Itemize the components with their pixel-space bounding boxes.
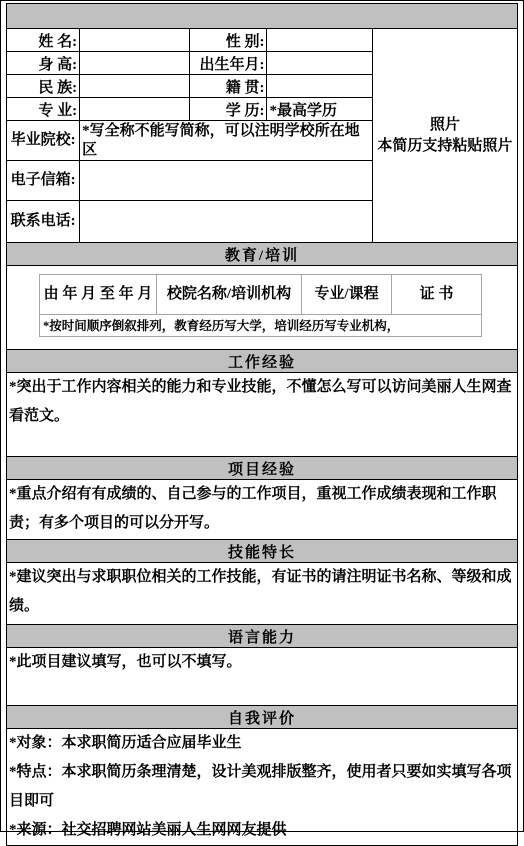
height-field[interactable] xyxy=(80,52,190,75)
native-place-label: 籍 贯: xyxy=(190,75,267,98)
edu-col-institution: 校院名称/培训机构 xyxy=(157,275,302,315)
gender-label: 性 别: xyxy=(190,29,267,52)
native-place-field[interactable] xyxy=(267,75,372,98)
resume-page: { "colors": { "section_bar_bg": "#c0c0c0… xyxy=(0,0,524,832)
info-row-name-gender: 姓 名: 性 别: 照片 本简历支持粘贴照片 xyxy=(7,29,518,52)
self-eval-target-line: *对象：本求职简历适合应届毕业生 xyxy=(9,729,515,758)
major-field[interactable] xyxy=(80,98,190,121)
degree-label: 学 历: xyxy=(190,98,267,121)
edu-col-period: 由 年 月 至 年 月 xyxy=(40,275,157,315)
ethnicity-label: 民 族: xyxy=(7,75,80,98)
school-field[interactable]: *写全称不能写简称，可以注明学校所在地区 xyxy=(80,121,373,161)
phone-field[interactable] xyxy=(80,201,373,243)
self-eval-source-line: *来源：社交招聘网站美丽人生网网友提供 xyxy=(9,816,515,845)
name-label: 姓 名: xyxy=(7,29,80,52)
photo-hint: 本简历支持粘贴照片 xyxy=(377,138,512,154)
birthdate-field[interactable] xyxy=(267,52,372,75)
self-eval-feature-line: *特点：本求职简历条理清楚，设计美观排版整齐，使用者只要如实填写各项目即可 xyxy=(9,758,515,816)
photo-placeholder[interactable]: 照片 本简历支持粘贴照片 xyxy=(372,29,517,243)
edu-col-certificate: 证 书 xyxy=(392,275,482,315)
section-title-skills: 技能特长 xyxy=(7,540,518,563)
school-label: 毕业院校: xyxy=(7,121,80,161)
degree-field: *最高学历 xyxy=(267,98,372,121)
self-evaluation-section-body[interactable]: *对象：本求职简历适合应届毕业生 *特点：本求职简历条理清楚，设计美观排版整齐，… xyxy=(7,729,518,846)
major-label: 专 业: xyxy=(7,98,80,121)
language-section-body[interactable]: *此项目建议填写，也可以不填写。 xyxy=(7,648,518,706)
name-field[interactable] xyxy=(80,29,190,52)
skills-section-body[interactable]: *建议突出与求职职位相关的工作技能，有证书的请注明证书名称、等级和成绩。 xyxy=(7,563,518,625)
education-table: 由 年 月 至 年 月 校院名称/培训机构 专业/课程 证 书 *按时间顺序倒叙… xyxy=(39,274,482,337)
email-field[interactable] xyxy=(80,161,373,201)
ethnicity-field[interactable] xyxy=(80,75,190,98)
section-title-language: 语言能力 xyxy=(7,625,518,648)
section-title-education: 教育/培训 xyxy=(7,243,518,266)
resume-table: 姓 名: 性 别: 照片 本简历支持粘贴照片 身 高: 出生年月: 民 族: 籍… xyxy=(6,3,518,846)
photo-label: 照片 xyxy=(430,117,460,133)
resume-document: 姓 名: 性 别: 照片 本简历支持粘贴照片 身 高: 出生年月: 民 族: 籍… xyxy=(0,0,524,832)
gender-field[interactable] xyxy=(267,29,372,52)
section-title-work: 工作经验 xyxy=(7,350,518,373)
phone-label: 联系电话: xyxy=(7,201,80,243)
education-note-row: *按时间顺序倒叙排列，教育经历写大学，培训经历写专业机构， xyxy=(40,315,482,337)
work-section-body[interactable]: *突出于工作内容相关的能力和专业技能，不懂怎么写可以访问美丽人生网查看范文。 xyxy=(7,373,518,457)
project-section-body[interactable]: *重点介绍有有成绩的、自己参与的工作项目，重视工作成绩表现和工作职责；有多个项目… xyxy=(7,480,518,540)
education-header-row: 由 年 月 至 年 月 校院名称/培训机构 专业/课程 证 书 xyxy=(40,275,482,315)
email-label: 电子信箱: xyxy=(7,161,80,201)
section-title-project: 项目经验 xyxy=(7,457,518,480)
top-header-bar xyxy=(7,4,518,29)
birthdate-label: 出生年月: xyxy=(190,52,267,75)
education-note: *按时间顺序倒叙排列，教育经历写大学，培训经历写专业机构， xyxy=(40,315,482,337)
edu-col-major: 专业/课程 xyxy=(302,275,392,315)
education-section-body: 由 年 月 至 年 月 校院名称/培训机构 专业/课程 证 书 *按时间顺序倒叙… xyxy=(7,266,518,350)
height-label: 身 高: xyxy=(7,52,80,75)
section-title-self-evaluation: 自我评价 xyxy=(7,706,518,729)
